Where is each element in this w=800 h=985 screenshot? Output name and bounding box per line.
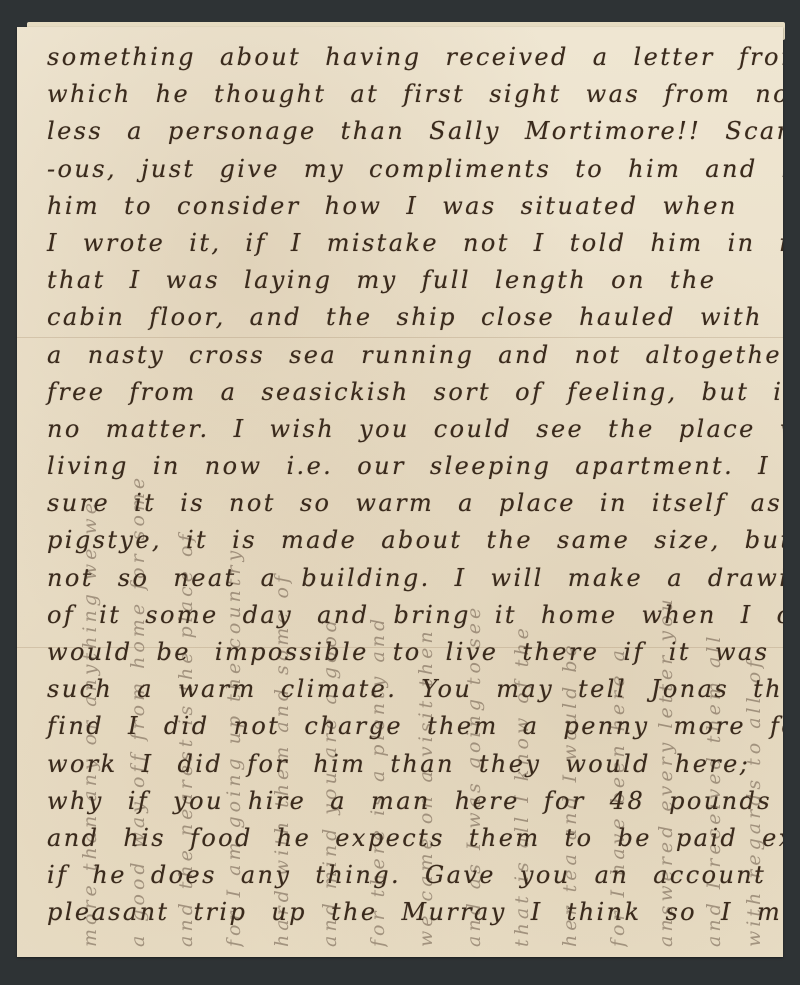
letter-line: him to consider how I was situated when [47,188,769,225]
letter-line: pigstye, it is made about the same size,… [47,522,769,559]
letter-line: which he thought at first sight was from… [47,76,769,113]
letter-line: work I did for him than they would here; [47,746,769,783]
letter-line: pleasant trip up the Murray I think so I… [47,894,769,931]
letter-line: that I was laying my full length on the [47,262,769,299]
letter-line: free from a seasickish sort of feeling, … [47,374,769,411]
letter-line: a nasty cross sea running and not altoge… [47,337,769,374]
letter-line: less a personage than Sally Mortimore!! … [47,113,769,150]
letter-page: more than any or anything we we a good w… [17,27,783,957]
letter-line: living in now i.e. our sleeping apartmen… [47,448,769,485]
letter-line: not so neat a building. I will make a dr… [47,560,769,597]
letter-line: something about having received a letter… [47,39,769,76]
letter-line: would be impossible to live there if it … [47,634,769,671]
letter-line: such a warm climate. You may tell Jonas … [47,671,769,708]
letter-line: and his food he expects them to be paid … [47,820,769,857]
letter-body: something about having received a letter… [47,39,769,932]
letter-line: no matter. I wish you could see the plac… [47,411,769,448]
letter-line: find I did not charge them a penny more … [47,708,769,745]
letter-line: if he does any thing. Gave you an accoun… [47,857,769,894]
letter-line: -ous, just give my compliments to him an… [47,151,769,188]
letter-line: sure it is not so warm a place in itself… [47,485,769,522]
letter-line: of it some day and bring it home when I … [47,597,769,634]
letter-line: cabin floor, and the ship close hauled w… [47,299,769,336]
letter-line: why if you hire a man here for 48 pounds… [47,783,769,820]
letter-line: I wrote it, if I mistake not I told him … [47,225,769,262]
